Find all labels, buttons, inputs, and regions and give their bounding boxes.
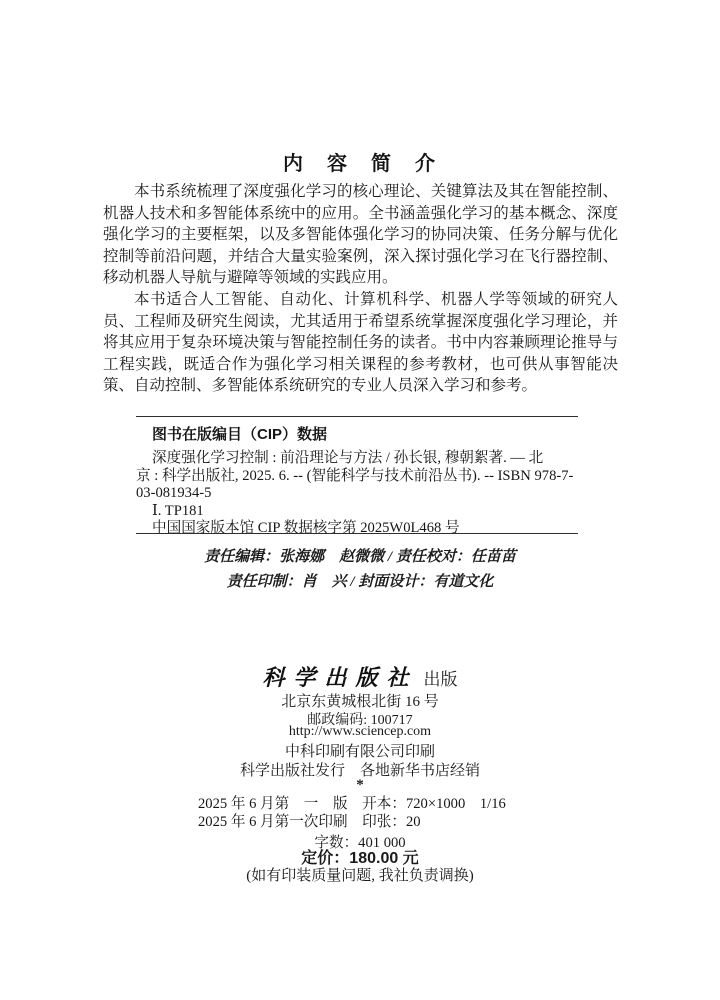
edition-block: 2025 年 6 月第 一 版 开本：720×1000 1/16 2025 年 … — [198, 796, 506, 831]
quality-note: (如有印装质量问题, 我社负责调换) — [0, 864, 720, 885]
book-copyright-page: 内 容 简 介 本书系统梳理了深度强化学习的核心理论、关键算法及其在智能控制、机… — [0, 0, 720, 1000]
publisher-logo: 科学出版社 — [262, 665, 417, 690]
credit-printing-design-line: 责任印制：肖 兴 / 封面设计：有道文化 — [0, 570, 720, 595]
publisher-address: 北京东黄城根北街 16 号 — [0, 690, 720, 711]
cip-top-rule — [136, 416, 578, 417]
intro-section: 本书系统梳理了深度强化学习的核心理论、关键算法及其在智能控制、机器人技术和多智能… — [103, 181, 618, 397]
cip-block: 图书在版编目（CIP）数据 深度强化学习控制 : 前沿理论与方法 / 孙长银, … — [136, 423, 584, 538]
credit-editors-line: 责任编辑：张海娜 赵微微 / 责任校对：任苗苗 — [0, 545, 720, 570]
cip-isbn-line: 03-081934-5 — [136, 485, 584, 503]
cip-heading: 图书在版编目（CIP）数据 — [136, 423, 584, 444]
cip-bottom-rule — [136, 533, 578, 534]
edition-first-line: 2025 年 6 月第 一 版 开本：720×1000 1/16 — [198, 796, 506, 814]
cip-classification-line: Ⅰ. TP181 — [136, 503, 584, 521]
printer-name: 中科印刷有限公司印刷 — [0, 740, 720, 761]
edition-printing-line: 2025 年 6 月第一次印刷 印张：20 — [198, 814, 506, 832]
page-title: 内 容 简 介 — [0, 147, 720, 176]
publisher-logo-line: 科学出版社 出版 — [0, 661, 720, 692]
intro-paragraph-2: 本书适合人工智能、自动化、计算机科学、机器人学等领域的研究人员、工程师及研究生阅… — [103, 289, 618, 397]
staff-credits: 责任编辑：张海娜 赵微微 / 责任校对：任苗苗 责任印制：肖 兴 / 封面设计：… — [0, 545, 720, 594]
intro-paragraph-1: 本书系统梳理了深度强化学习的核心理论、关键算法及其在智能控制、机器人技术和多智能… — [103, 181, 618, 289]
publisher-website: http://www.sciencep.com — [0, 724, 720, 740]
cip-title-line: 深度强化学习控制 : 前沿理论与方法 / 孙长银, 穆朝絮著. — 北 — [136, 450, 584, 468]
cip-publisher-line: 京 : 科学出版社, 2025. 6. -- (智能科学与技术前沿丛书). --… — [136, 468, 584, 486]
separator-asterisk: * — [0, 777, 720, 794]
publisher-logo-suffix: 出版 — [424, 670, 458, 689]
cip-record-number-line: 中国国家版本馆 CIP 数据核字第 2025W0L468 号 — [136, 520, 584, 538]
